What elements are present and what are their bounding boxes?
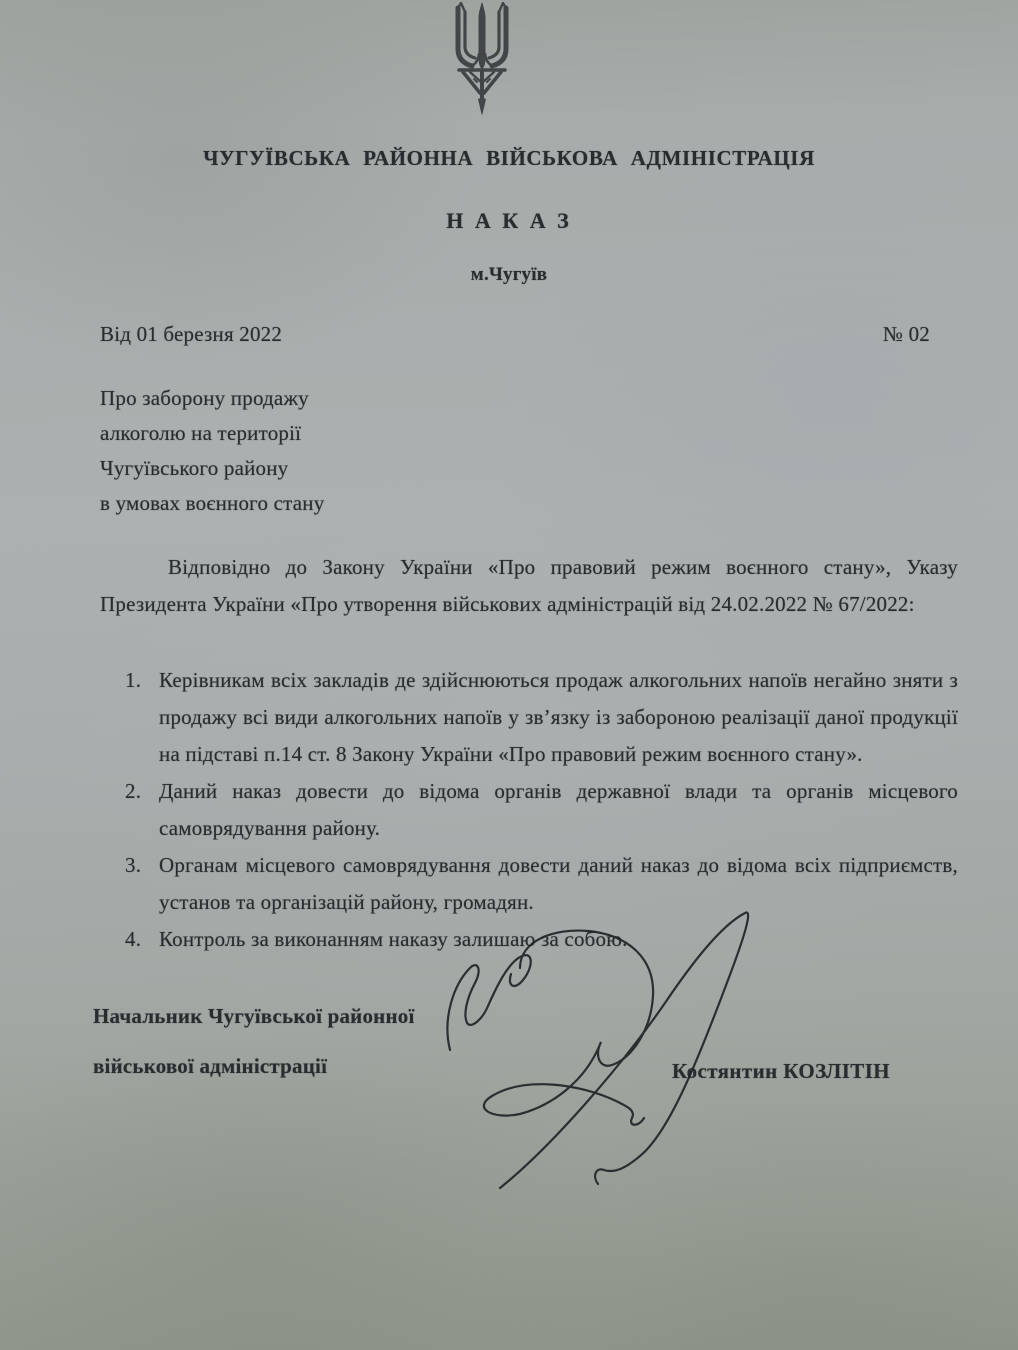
handwritten-signature-icon	[420, 898, 780, 1198]
signatory-title-line1: Начальник Чугуївської районної	[93, 1004, 414, 1029]
item-text: Даний наказ довести до відома органів де…	[159, 773, 958, 847]
item-number: 2.	[100, 773, 159, 847]
subject-line: Про заборону продажу	[100, 381, 520, 416]
org-name: ЧУГУЇВСЬКА РАЙОННА ВІЙСЬКОВА АДМІНІСТРАЦ…	[0, 146, 1018, 171]
doc-date: Від 01 березня 2022	[100, 322, 282, 347]
subject-block: Про заборону продажу алкоголю на територ…	[100, 381, 520, 521]
order-item-2: 2. Даний наказ довести до відома органів…	[100, 773, 958, 847]
preamble-paragraph: Відповідно до Закону України «Про правов…	[100, 549, 958, 623]
scanned-order-document: ЧУГУЇВСЬКА РАЙОННА ВІЙСЬКОВА АДМІНІСТРАЦ…	[0, 0, 1018, 1350]
item-number: 4.	[100, 921, 159, 958]
doc-number: № 02	[883, 322, 930, 347]
signatory-title-line2: військової адміністрації	[93, 1054, 327, 1079]
subject-line: алкоголю на території	[100, 416, 520, 451]
subject-line: Чугуївського району	[100, 451, 520, 486]
doc-city: м.Чугуїв	[0, 264, 1018, 286]
item-number: 1.	[100, 662, 159, 773]
date-number-row: Від 01 березня 2022 № 02	[100, 322, 930, 347]
doc-type-title: Н А К А З	[0, 208, 1018, 234]
item-number: 3.	[100, 847, 159, 921]
tryzub-emblem-icon	[447, 2, 517, 116]
order-item-1: 1. Керівникам всіх закладів де здійснюют…	[100, 662, 958, 773]
subject-line: в умовах воєнного стану	[100, 486, 520, 521]
item-text: Керівникам всіх закладів де здійснюються…	[159, 662, 958, 773]
